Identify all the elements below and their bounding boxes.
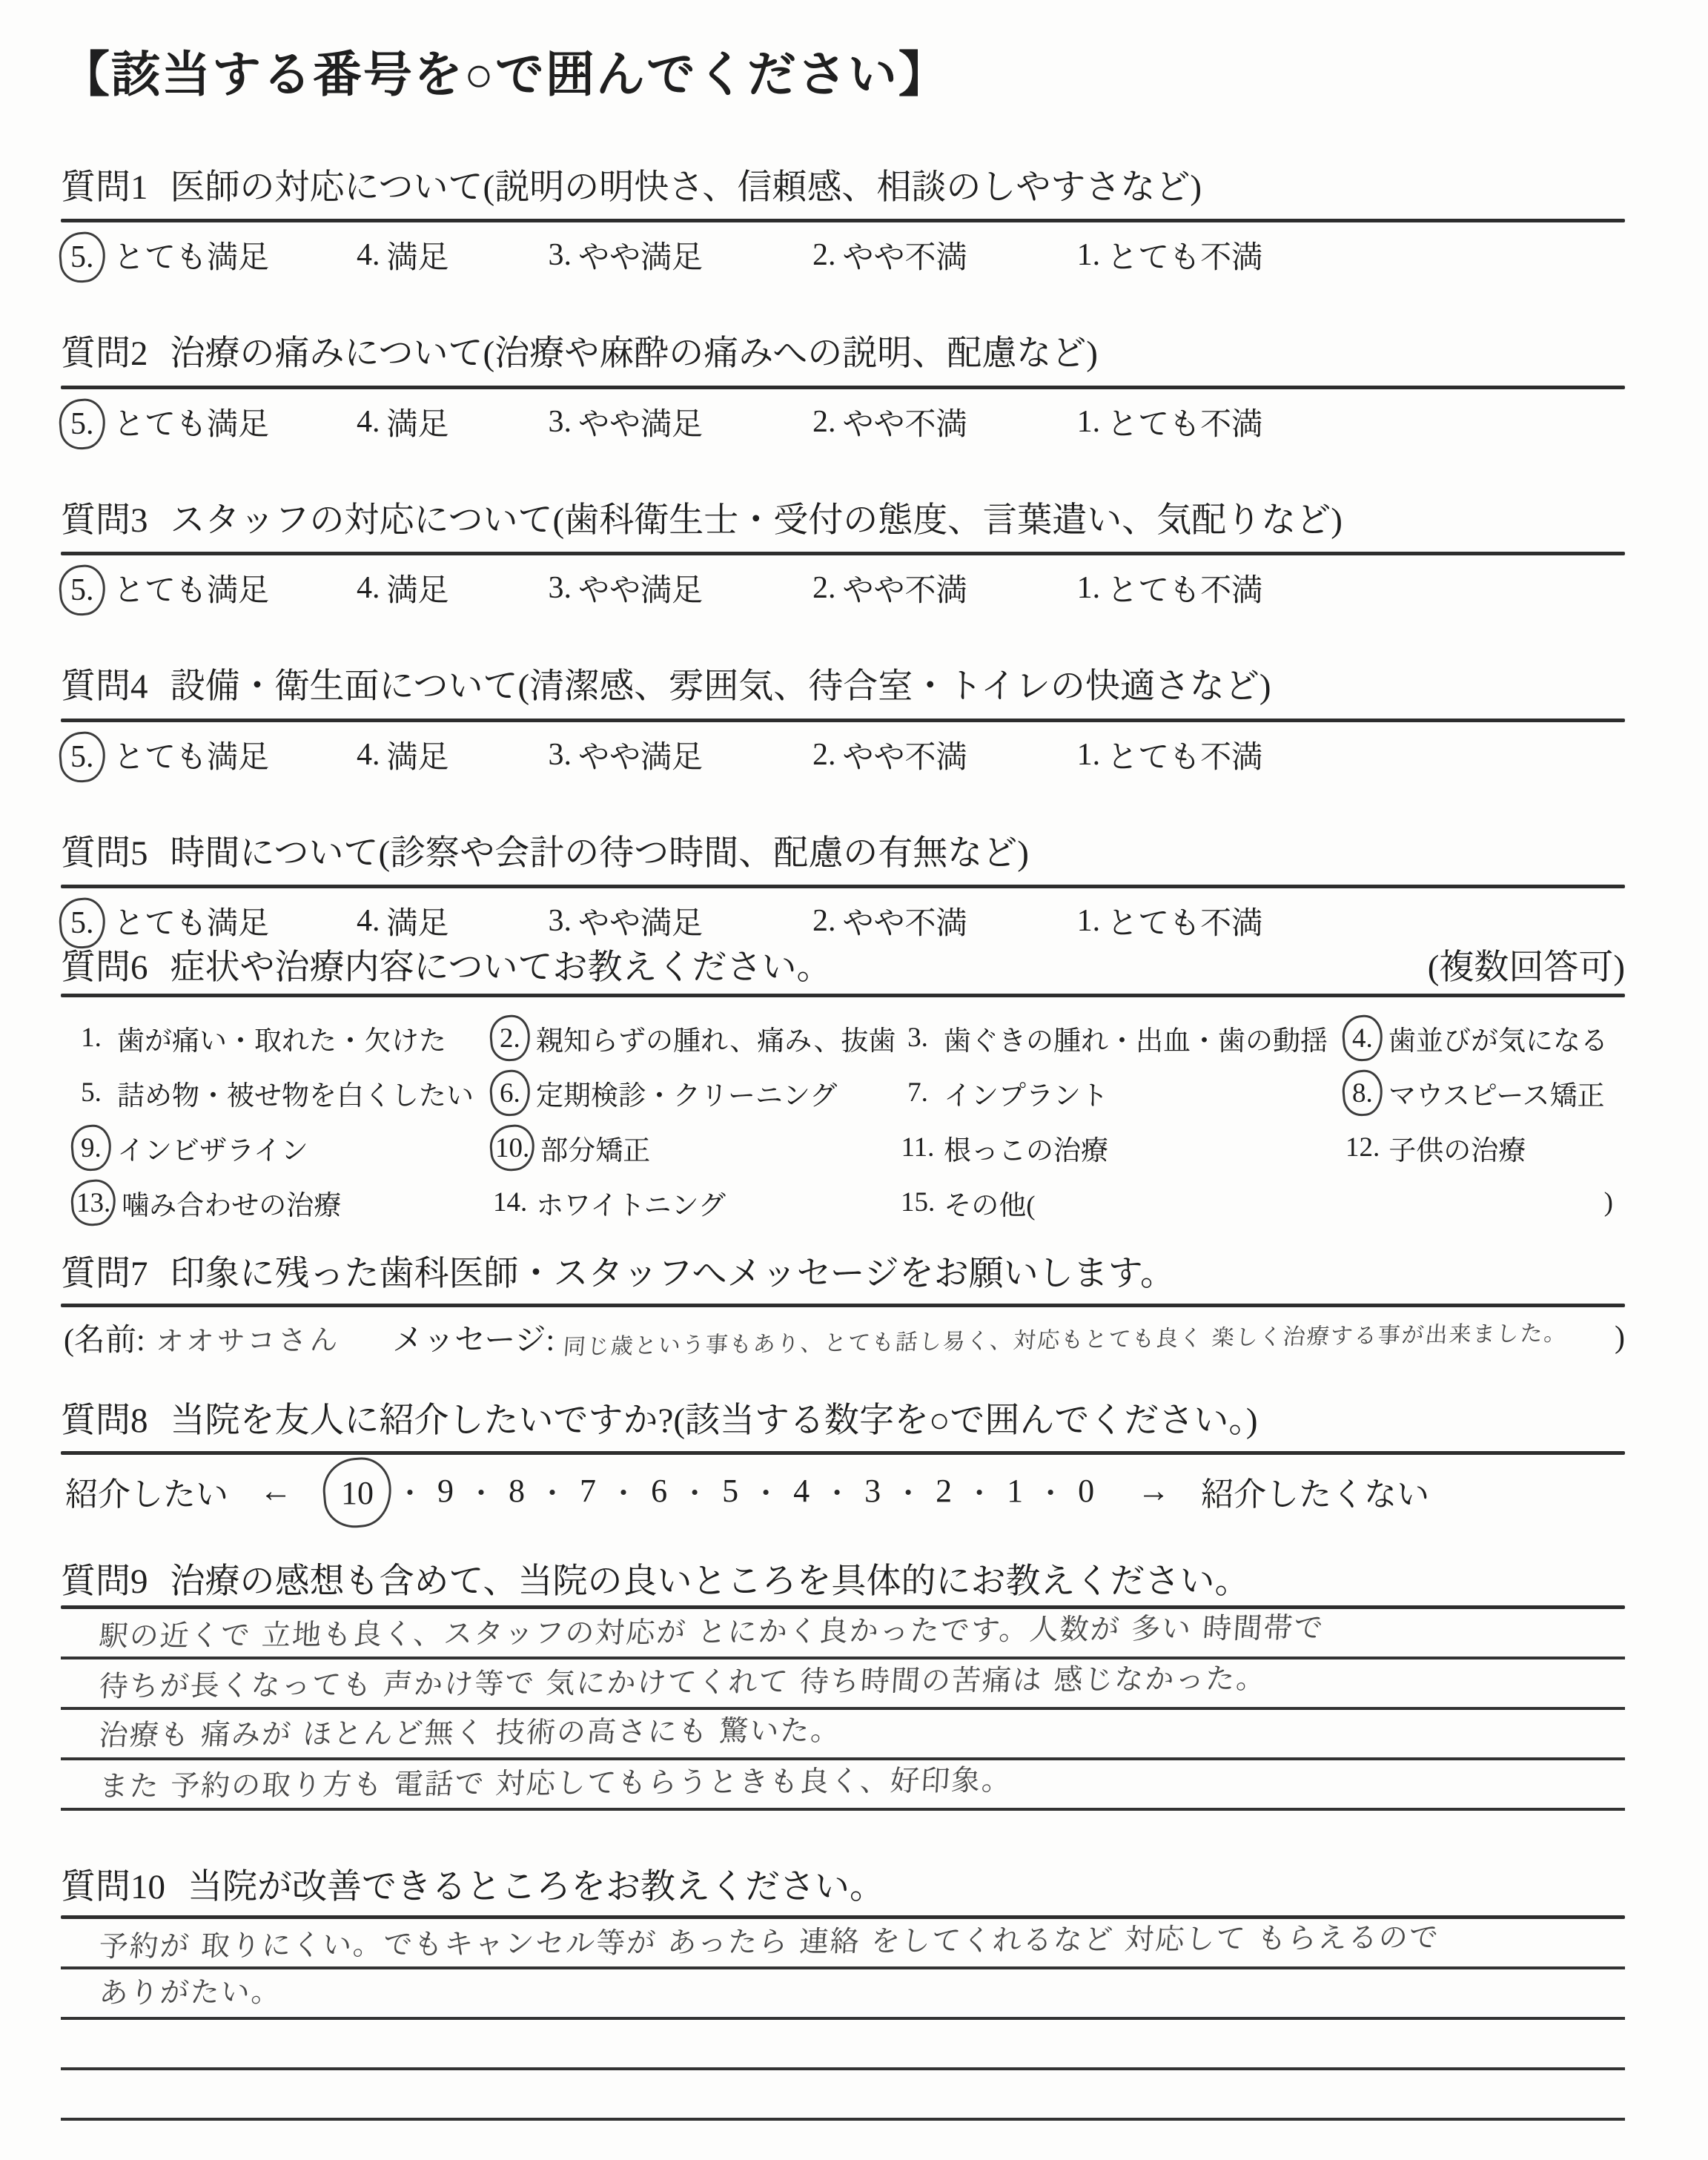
- q9-answer-line-4[interactable]: また 予約の取り方も 電話で 対応してもらうときも良く、好印象。: [61, 1760, 1625, 1811]
- option-label: やや満足: [578, 233, 703, 277]
- question-5-options: 5. とても満足 4.満足 3.やや満足 2.やや不満 1.とても不満: [61, 888, 1625, 942]
- q6-option-5[interactable]: 5.詰め物・被せ物を白くしたい: [71, 1066, 490, 1120]
- question-2-option-4[interactable]: 4.満足: [357, 400, 449, 444]
- question-5-option-5[interactable]: 5. とても満足: [65, 899, 269, 943]
- q8-score-3[interactable]: 3: [864, 1472, 881, 1510]
- q8-score-6[interactable]: 6: [651, 1472, 667, 1510]
- question-1-option-4[interactable]: 4.満足: [357, 233, 449, 277]
- q6-option-9-label: インビザライン: [117, 1128, 308, 1168]
- option-label: とても満足: [113, 400, 269, 444]
- q6-option-6[interactable]: 6.定期検診・クリーニング: [490, 1066, 898, 1120]
- q10-answer-line-4-empty[interactable]: [61, 2070, 1625, 2121]
- question-1-circled-answer-mark: 5.: [57, 231, 107, 285]
- option-label: やや不満: [843, 733, 967, 777]
- option-number: 3.: [549, 404, 572, 440]
- question-4-label: 質問4: [61, 667, 148, 707]
- dot-separator: ・: [609, 1470, 638, 1511]
- q7-close-paren: ): [1615, 1320, 1625, 1355]
- q6-option-14-label: ホワイトニング: [536, 1183, 726, 1223]
- question-4-option-2[interactable]: 2.やや不満: [812, 733, 967, 777]
- question-1-option-5[interactable]: 5. とても満足: [65, 233, 269, 277]
- q6-option-8-label: マウスピース矯正: [1388, 1073, 1605, 1113]
- question-7-header: 質問7 印象に残った歯科医師・スタッフへメッセージをお願いします。: [61, 1254, 1625, 1295]
- q6-option-15-close-paren: ): [1604, 1186, 1625, 1218]
- option-number: 5.: [70, 572, 94, 608]
- q9-handwritten-text-4: また 予約の取り方も 電話で 対応してもらうときも良く、好印象。: [98, 1760, 1013, 1805]
- question-6-label: 質問6: [61, 948, 148, 988]
- option-number: 5.: [70, 739, 94, 775]
- q6-option-12-number: 12.: [1343, 1125, 1383, 1171]
- q6-option-15[interactable]: 15.その他(): [898, 1175, 1625, 1230]
- q9-handwritten-text-2: 待ちが長くなっても 声かけ等で 気にかけてくれて 待ち時間の苦痛は 感じなかった…: [98, 1659, 1268, 1705]
- question-3-option-4[interactable]: 4.満足: [357, 566, 449, 610]
- question-7-answer-row: (名前: オオサコさん メッセージ: 同じ歳という事もあり、とても話し易く、対応…: [61, 1307, 1625, 1359]
- question-1-heading: 医師の対応について(説明の明快さ、信頼感、相談のしやすさなど): [171, 168, 1202, 208]
- q8-score-8[interactable]: 8: [509, 1472, 525, 1510]
- q7-name-handwritten-value[interactable]: オオサコさん: [155, 1316, 340, 1359]
- question-2-header: 質問2 治療の痛みについて(治療や麻酔の痛みへの説明、配慮など): [61, 334, 1625, 374]
- question-2-heading: 治療の痛みについて(治療や麻酔の痛みへの説明、配慮など): [171, 334, 1098, 374]
- q6-option-3-number: 3.: [898, 1015, 938, 1061]
- q6-option-7[interactable]: 7.インプラント: [898, 1066, 1343, 1120]
- option-number: 1.: [1077, 570, 1101, 606]
- dot-separator: ・: [1036, 1470, 1065, 1511]
- question-3-options: 5. とても満足 4.満足 3.やや満足 2.やや不満 1.とても不満: [61, 555, 1625, 609]
- option-label: とても不満: [1107, 400, 1262, 444]
- question-4-option-5[interactable]: 5. とても満足: [65, 733, 269, 777]
- option-number: 1.: [1077, 404, 1101, 440]
- question-5-option-4[interactable]: 4.満足: [357, 899, 449, 943]
- option-label: 満足: [387, 400, 449, 444]
- question-10-heading: 当院が改善できるところをお教えください。: [188, 1867, 884, 1908]
- question-4-option-4[interactable]: 4.満足: [357, 733, 449, 777]
- q9-answer-line-3[interactable]: 治療も 痛みが ほとんど無く 技術の高さにも 驚いた。: [61, 1710, 1625, 1760]
- question-3-circled-answer-mark: 5.: [57, 564, 107, 618]
- question-3-option-5[interactable]: 5. とても満足: [65, 566, 269, 610]
- option-label: やや満足: [578, 566, 703, 610]
- q6-option-12[interactable]: 12.子供の治療: [1343, 1120, 1625, 1175]
- q8-score-0[interactable]: 0: [1078, 1472, 1094, 1510]
- dot-separator: ・: [681, 1470, 709, 1511]
- option-number: 2.: [812, 903, 836, 939]
- question-4-block: 質問4 設備・衛生面について(清潔感、雰囲気、待合室・トイレの快適さなど) 5.…: [61, 667, 1625, 775]
- option-label: 満足: [387, 733, 449, 777]
- q6-option-4-circled-mark: 4.: [1340, 1013, 1384, 1062]
- option-label: 満足: [387, 566, 449, 610]
- question-5-option-2[interactable]: 2.やや不満: [812, 899, 967, 943]
- q7-message-handwritten-value[interactable]: 同じ歳という事もあり、とても話し易く、対応もとても良く 楽しく治療する事が出来ま…: [563, 1315, 1569, 1361]
- q8-left-arrow-icon: ←: [259, 1472, 292, 1510]
- q8-score-1[interactable]: 1: [1007, 1472, 1023, 1510]
- question-2-option-1[interactable]: 1.とても不満: [1077, 400, 1263, 444]
- option-number: 4.: [357, 404, 380, 440]
- q6-option-9-circled-mark: 9.: [69, 1123, 113, 1172]
- q6-option-5-label: 詰め物・被せ物を白くしたい: [117, 1073, 474, 1113]
- q6-option-6-circled-mark: 6.: [488, 1068, 532, 1117]
- option-number: 4.: [357, 903, 380, 939]
- dot-separator: ・: [752, 1470, 780, 1511]
- option-number: 3.: [549, 903, 572, 939]
- question-8-block: 質問8 当院を友人に紹介したいですか?(該当する数字を○で囲んでください。) 紹…: [61, 1401, 1625, 1513]
- option-label: とても満足: [113, 233, 269, 277]
- q6-option-5-number: 5.: [71, 1070, 111, 1116]
- q6-option-3-label: 歯ぐきの腫れ・出血・歯の動揺: [944, 1018, 1328, 1058]
- q8-right-label: 紹介したくない: [1201, 1467, 1429, 1515]
- option-number: 3.: [549, 737, 572, 773]
- question-2-block: 質問2 治療の痛みについて(治療や麻酔の痛みへの説明、配慮など) 5. とても満…: [61, 334, 1625, 442]
- q6-option-4[interactable]: 4.歯並びが気になる: [1343, 1011, 1625, 1066]
- question-6-heading: 症状や治療内容についてお教えください。: [171, 948, 832, 988]
- q6-option-7-label: インプラント: [944, 1073, 1108, 1113]
- q8-circled-answer-mark[interactable]: 10: [320, 1455, 394, 1530]
- q8-nps-scale: 10 ・ 9 ・ 8 ・ 7 ・ 6 ・ 5 ・ 4 ・ 3 ・ 2 ・ 1 ・: [323, 1468, 1106, 1514]
- question-2-options: 5. とても満足 4.満足 3.やや満足 2.やや不満 1.とても不満: [61, 389, 1625, 443]
- question-7-heading: 印象に残った歯科医師・スタッフへメッセージをお願いします。: [171, 1254, 1175, 1295]
- question-3-label: 質問3: [61, 501, 148, 541]
- question-1-header: 質問1 医師の対応について(説明の明快さ、信頼感、相談のしやすさなど): [61, 168, 1625, 208]
- dot-separator: ・: [396, 1470, 424, 1511]
- question-2-circled-answer-mark: 5.: [57, 397, 107, 451]
- q6-option-7-number: 7.: [898, 1070, 938, 1116]
- question-5-heading: 時間について(診察や会計の待つ時間、配慮の有無など): [171, 833, 1029, 874]
- option-label: とても不満: [1107, 733, 1262, 777]
- q6-option-10-label: 部分矯正: [540, 1128, 650, 1168]
- question-6-block: 質問6 症状や治療内容についてお教えください。 (複数回答可) 1.歯が痛い・取…: [61, 948, 1625, 1229]
- question-8-header: 質問8 当院を友人に紹介したいですか?(該当する数字を○で囲んでください。): [61, 1401, 1625, 1441]
- question-1-option-3[interactable]: 3.やや満足: [549, 233, 704, 277]
- survey-scan-page: 【該当する番号を○で囲んでください】 質問1 医師の対応について(説明の明快さ、…: [0, 0, 1708, 2160]
- q6-option-1[interactable]: 1.歯が痛い・取れた・欠けた: [71, 1011, 490, 1066]
- q9-answer-line-1[interactable]: 駅の近くで 立地も良く、スタッフの対応が とにかく良かったです。人数が 多い 時…: [61, 1609, 1625, 1659]
- q8-right-arrow-icon: →: [1137, 1472, 1170, 1510]
- question-8-heading: 当院を友人に紹介したいですか?(該当する数字を○で囲んでください。): [171, 1401, 1258, 1441]
- dot-separator: ・: [823, 1470, 851, 1511]
- question-5-option-1[interactable]: 1.とても不満: [1077, 899, 1263, 943]
- question-9-label: 質問9: [61, 1562, 148, 1602]
- question-10-label: 質問10: [61, 1867, 165, 1908]
- q6-option-15-label: その他(: [944, 1183, 1035, 1223]
- option-number: 1.: [1077, 237, 1101, 273]
- dot-separator: ・: [538, 1470, 566, 1511]
- q6-option-3[interactable]: 3.歯ぐきの腫れ・出血・歯の動揺: [898, 1011, 1343, 1066]
- option-number: 2.: [812, 404, 836, 440]
- option-label: とても不満: [1107, 899, 1262, 943]
- option-number: 2.: [812, 737, 836, 773]
- question-8-label: 質問8: [61, 1401, 148, 1441]
- option-number: 4.: [357, 737, 380, 773]
- q6-option-10-circled-mark: 10.: [488, 1123, 536, 1172]
- page-title: 【該当する番号を○で囲んでください】: [61, 47, 1625, 104]
- question-4-options: 5. とても満足 4.満足 3.やや満足 2.やや不満 1.とても不満: [61, 722, 1625, 776]
- option-label: とても満足: [113, 899, 269, 943]
- question-2-option-2[interactable]: 2.やや不満: [812, 400, 967, 444]
- q6-option-13-label: 噛み合わせの治療: [122, 1183, 341, 1223]
- question-2-option-5[interactable]: 5. とても満足: [65, 400, 269, 444]
- question-5-circled-answer-mark: 5.: [57, 896, 107, 951]
- question-5-label: 質問5: [61, 833, 148, 874]
- option-number: 2.: [812, 237, 836, 273]
- dot-separator: ・: [894, 1470, 922, 1511]
- question-5-block: 質問5 時間について(診察や会計の待つ時間、配慮の有無など) 5. とても満足 …: [61, 833, 1625, 942]
- q6-option-14[interactable]: 14.ホワイトニング: [490, 1175, 898, 1230]
- q9-answer-line-2[interactable]: 待ちが長くなっても 声かけ等で 気にかけてくれて 待ち時間の苦痛は 感じなかった…: [61, 1659, 1625, 1710]
- q8-left-label: 紹介したい: [65, 1467, 228, 1515]
- option-label: とても不満: [1107, 233, 1262, 277]
- q6-option-15-number: 15.: [898, 1180, 938, 1226]
- q6-option-2-circled-mark: 2.: [488, 1013, 532, 1062]
- q9-handwritten-text-1: 駅の近くで 立地も良く、スタッフの対応が とにかく良かったです。人数が 多い 時…: [98, 1609, 1325, 1655]
- question-3-header: 質問3 スタッフの対応について(歯科衛生士・受付の態度、言葉遣い、気配りなど): [61, 501, 1625, 541]
- q7-name-field-label: (名前:: [64, 1315, 145, 1360]
- option-label: 満足: [387, 899, 449, 943]
- q6-option-1-number: 1.: [71, 1015, 111, 1061]
- question-7-block: 質問7 印象に残った歯科医師・スタッフへメッセージをお願いします。 (名前: オ…: [61, 1254, 1625, 1359]
- q6-option-9[interactable]: 9.インビザライン: [71, 1120, 490, 1175]
- question-4-circled-answer-mark: 5.: [57, 730, 107, 784]
- option-number: 5.: [70, 905, 94, 941]
- q6-option-8-circled-mark: 8.: [1340, 1068, 1384, 1117]
- question-1-option-1[interactable]: 1.とても不満: [1077, 233, 1263, 277]
- option-label: やや不満: [843, 899, 967, 943]
- q8-score-10: 10: [341, 1473, 374, 1511]
- q8-score-4[interactable]: 4: [793, 1472, 810, 1510]
- q8-score-2[interactable]: 2: [936, 1472, 952, 1510]
- option-number: 1.: [1077, 737, 1101, 773]
- option-number: 5.: [70, 406, 94, 442]
- option-label: 満足: [387, 233, 449, 277]
- q6-option-1-label: 歯が痛い・取れた・欠けた: [117, 1018, 446, 1058]
- question-6-multi-answer-note: (複数回答可): [1428, 948, 1625, 988]
- option-number: 5.: [70, 240, 94, 275]
- question-3-option-3[interactable]: 3.やや満足: [549, 566, 704, 610]
- q10-answer-line-2[interactable]: ありがたい。: [61, 1969, 1625, 2020]
- q6-option-12-label: 子供の治療: [1388, 1128, 1526, 1168]
- q10-handwritten-text-2: ありがたい。: [98, 1969, 283, 2012]
- q10-handwritten-text-1: 予約が 取りにくい。でもキャンセル等が あったら 連絡 をしてくれるなど 対応し…: [98, 1919, 1440, 1965]
- option-label: とても不満: [1107, 566, 1262, 610]
- option-number: 4.: [357, 570, 380, 606]
- question-4-heading: 設備・衛生面について(清潔感、雰囲気、待合室・トイレの快適さなど): [171, 667, 1271, 707]
- question-8-scale-row: 紹介したい ← 10 ・ 9 ・ 8 ・ 7 ・ 6 ・ 5 ・ 4 ・ 3 ・…: [61, 1455, 1625, 1514]
- q6-option-14-number: 14.: [490, 1180, 530, 1226]
- q6-option-2-label: 親知らずの腫れ、痛み、抜歯: [536, 1018, 896, 1058]
- option-number: 1.: [1077, 903, 1101, 939]
- question-2-label: 質問2: [61, 334, 148, 374]
- q6-option-11-number: 11.: [898, 1125, 938, 1171]
- question-1-options: 5. とても満足 4.満足 3.やや満足 2.やや不満 1.とても不満: [61, 222, 1625, 276]
- dot-separator: ・: [965, 1470, 993, 1511]
- question-10-header: 質問10 当院が改善できるところをお教えください。: [61, 1867, 1625, 1908]
- option-label: やや不満: [843, 566, 967, 610]
- q6-option-13[interactable]: 13.噛み合わせの治療: [71, 1175, 490, 1230]
- question-4-header: 質問4 設備・衛生面について(清潔感、雰囲気、待合室・トイレの快適さなど): [61, 667, 1625, 707]
- option-label: やや満足: [578, 899, 703, 943]
- question-3-option-2[interactable]: 2.やや不満: [812, 566, 967, 610]
- question-5-option-3[interactable]: 3.やや満足: [549, 899, 704, 943]
- option-label: やや不満: [843, 233, 967, 277]
- option-number: 3.: [549, 237, 572, 273]
- question-4-option-3[interactable]: 3.やや満足: [549, 733, 704, 777]
- question-3-heading: スタッフの対応について(歯科衛生士・受付の態度、言葉遣い、気配りなど): [171, 501, 1343, 541]
- question-3-block: 質問3 スタッフの対応について(歯科衛生士・受付の態度、言葉遣い、気配りなど) …: [61, 501, 1625, 609]
- q8-score-7[interactable]: 7: [580, 1472, 596, 1510]
- q6-option-11[interactable]: 11.根っこの治療: [898, 1120, 1343, 1175]
- q8-score-5[interactable]: 5: [722, 1472, 738, 1510]
- q6-option-10[interactable]: 10.部分矯正: [490, 1120, 898, 1175]
- option-label: やや満足: [578, 400, 703, 444]
- question-2-option-3[interactable]: 3.やや満足: [549, 400, 704, 444]
- option-label: やや不満: [843, 400, 967, 444]
- question-6-header: 質問6 症状や治療内容についてお教えください。 (複数回答可): [61, 948, 1625, 988]
- option-number: 4.: [357, 237, 380, 273]
- q9-handwritten-text-3: 治療も 痛みが ほとんど無く 技術の高さにも 驚いた。: [98, 1710, 842, 1754]
- q10-answer-line-3-empty[interactable]: [61, 2020, 1625, 2070]
- question-9-block: 質問9 治療の感想も含めて、当院の良いところを具体的にお教えください。 駅の近く…: [61, 1562, 1625, 1811]
- question-7-label: 質問7: [61, 1254, 148, 1295]
- option-number: 2.: [812, 570, 836, 606]
- q6-option-6-label: 定期検診・クリーニング: [536, 1073, 837, 1113]
- q6-option-4-label: 歯並びが気になる: [1388, 1018, 1608, 1058]
- q6-option-2[interactable]: 2.親知らずの腫れ、痛み、抜歯: [490, 1011, 898, 1066]
- q7-message-field-label: メッセージ:: [392, 1315, 555, 1360]
- question-1-option-2[interactable]: 2.やや不満: [812, 233, 967, 277]
- question-10-block: 質問10 当院が改善できるところをお教えください。 予約が 取りにくい。でもキャ…: [61, 1867, 1625, 2121]
- dot-separator: ・: [467, 1470, 495, 1511]
- q6-option-8[interactable]: 8.マウスピース矯正: [1343, 1066, 1625, 1120]
- option-label: とても満足: [113, 566, 269, 610]
- question-1-block: 質問1 医師の対応について(説明の明快さ、信頼感、相談のしやすさなど) 5. と…: [61, 168, 1625, 276]
- q6-option-13-circled-mark: 13.: [69, 1178, 117, 1227]
- question-3-option-1[interactable]: 1.とても不満: [1077, 566, 1263, 610]
- question-9-header: 質問9 治療の感想も含めて、当院の良いところを具体的にお教えください。: [61, 1562, 1625, 1602]
- question-5-header: 質問5 時間について(診察や会計の待つ時間、配慮の有無など): [61, 833, 1625, 874]
- question-4-option-1[interactable]: 1.とても不満: [1077, 733, 1263, 777]
- option-label: やや満足: [578, 733, 703, 777]
- question-1-label: 質問1: [61, 168, 148, 208]
- option-number: 3.: [549, 570, 572, 606]
- q10-answer-line-1[interactable]: 予約が 取りにくい。でもキャンセル等が あったら 連絡 をしてくれるなど 対応し…: [61, 1919, 1625, 1969]
- q8-score-9[interactable]: 9: [437, 1472, 454, 1510]
- q6-option-11-label: 根っこの治療: [944, 1128, 1108, 1168]
- question-9-heading: 治療の感想も含めて、当院の良いところを具体的にお教えください。: [171, 1562, 1250, 1602]
- option-label: とても満足: [113, 733, 269, 777]
- question-6-options-grid: 1.歯が痛い・取れた・欠けた 2.親知らずの腫れ、痛み、抜歯 3.歯ぐきの腫れ・…: [61, 997, 1625, 1230]
